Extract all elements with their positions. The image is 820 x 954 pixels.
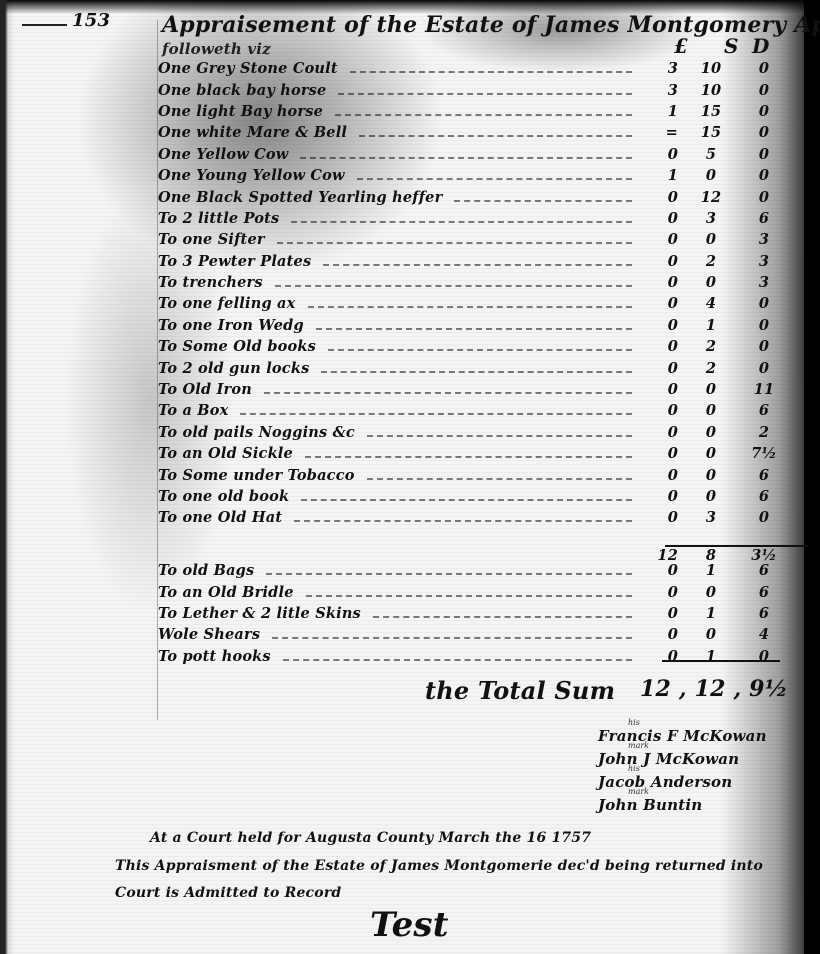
- item-description: To an Old Bridle: [158, 584, 294, 601]
- item-pence: 4: [744, 626, 784, 643]
- item-row: One white Mare & Bell=150: [158, 122, 798, 143]
- item-shillings: 0: [689, 274, 733, 291]
- pence-header: D: [752, 34, 770, 58]
- item-row: One Young Yellow Cow100: [158, 165, 798, 186]
- item-pounds: 0: [644, 295, 678, 312]
- item-amount: 004: [644, 626, 798, 643]
- item-shillings: 2: [689, 338, 733, 355]
- dotted-leader: [301, 498, 632, 501]
- document-subtitle: followeth viz: [162, 40, 271, 58]
- item-amount: 016: [644, 562, 798, 579]
- item-shillings: 0: [689, 584, 733, 601]
- item-shillings: 0: [689, 445, 733, 462]
- item-amount: 023: [644, 253, 798, 270]
- item-pounds: 0: [644, 360, 678, 377]
- item-row: One Yellow Cow050: [158, 144, 798, 165]
- item-description: To one Iron Wedg: [158, 317, 304, 334]
- attest-signature: Test: [370, 905, 449, 945]
- scan-left-edge: [0, 0, 14, 954]
- item-pence: 0: [744, 124, 784, 141]
- item-description: One Grey Stone Coult: [158, 60, 338, 77]
- item-row: To one felling ax040: [158, 293, 798, 314]
- item-amount: 3100: [644, 60, 798, 77]
- dotted-leader: [328, 348, 632, 351]
- item-pence: 7½: [744, 445, 784, 462]
- item-shillings: 1: [689, 562, 733, 579]
- court-record-line-2: This Appraisment of the Estate of James …: [115, 858, 763, 874]
- total-value: 12 , 12 , 9½: [640, 676, 788, 702]
- dotted-leader: [266, 572, 632, 575]
- item-amount: =150: [644, 124, 798, 141]
- item-amount: 036: [644, 210, 798, 227]
- item-row: To pott hooks010: [158, 646, 798, 667]
- item-pounds: =: [644, 124, 678, 141]
- item-pence: 0: [744, 295, 784, 312]
- item-row: One black bay horse3100: [158, 79, 798, 100]
- item-pence: 0: [744, 648, 784, 665]
- item-row: To old Bags016: [158, 560, 798, 581]
- item-shillings: 10: [689, 60, 733, 77]
- item-row: One light Bay horse1150: [158, 101, 798, 122]
- item-row: To old pails Noggins &c002: [158, 422, 798, 443]
- folio-number: 153: [72, 10, 110, 31]
- dotted-leader: [367, 434, 632, 437]
- dotted-leader: [283, 658, 632, 661]
- item-pounds: 0: [644, 626, 678, 643]
- dotted-leader: [277, 241, 632, 244]
- item-amount: 3100: [644, 82, 798, 99]
- item-amount: 006: [644, 402, 798, 419]
- item-amount: 030: [644, 509, 798, 526]
- item-description: To one old book: [158, 488, 289, 505]
- item-row: To an Old Bridle006: [158, 581, 798, 602]
- item-description: To one felling ax: [158, 295, 296, 312]
- item-amount: 002: [644, 424, 798, 441]
- dotted-leader: [321, 370, 632, 373]
- court-record-line-1: At a Court held for Augusta County March…: [150, 830, 591, 846]
- item-amount: 016: [644, 605, 798, 622]
- dotted-leader: [264, 391, 632, 394]
- document-title: Appraisement of the Estate of James Mont…: [162, 12, 820, 38]
- item-pence: 0: [744, 189, 784, 206]
- item-amount: 0011: [644, 381, 798, 398]
- item-pence: 0: [744, 103, 784, 120]
- item-pounds: 0: [644, 605, 678, 622]
- item-description: Wole Shears: [158, 626, 260, 643]
- dotted-leader: [240, 412, 632, 415]
- item-shillings: 0: [689, 424, 733, 441]
- item-shillings: 0: [689, 402, 733, 419]
- total-label: the Total Sum: [425, 676, 615, 705]
- item-description: To one Sifter: [158, 231, 265, 248]
- item-pounds: 1: [644, 167, 678, 184]
- final-rule: [662, 660, 780, 662]
- item-pounds: 0: [644, 509, 678, 526]
- item-pence: 6: [744, 488, 784, 505]
- item-amount: 020: [644, 338, 798, 355]
- item-amount: 1150: [644, 103, 798, 120]
- item-pounds: 3: [644, 60, 678, 77]
- item-description: To 3 Pewter Plates: [158, 253, 311, 270]
- appraisal-items-after: To old Bags016To an Old Bridle006To Leth…: [158, 560, 798, 667]
- item-pounds: 0: [644, 562, 678, 579]
- dotted-leader: [367, 477, 632, 480]
- item-row: To Some Old books020: [158, 336, 798, 357]
- item-shillings: 0: [689, 231, 733, 248]
- item-pounds: 1: [644, 103, 678, 120]
- item-description: To Lether & 2 litle Skins: [158, 605, 361, 622]
- item-row: To Some under Tobacco006: [158, 464, 798, 485]
- item-description: To a Box: [158, 402, 228, 419]
- item-row: Wole Shears004: [158, 624, 798, 645]
- item-shillings: 15: [689, 124, 733, 141]
- item-pounds: 0: [644, 338, 678, 355]
- item-row: To one Sifter003: [158, 229, 798, 250]
- item-shillings: 0: [689, 381, 733, 398]
- item-description: One Young Yellow Cow: [158, 167, 345, 184]
- item-shillings: 1: [689, 605, 733, 622]
- item-row: To one old book006: [158, 486, 798, 507]
- item-pounds: 0: [644, 648, 678, 665]
- dotted-leader: [272, 636, 632, 639]
- item-pence: 0: [744, 509, 784, 526]
- item-pence: 6: [744, 467, 784, 484]
- item-description: To old Bags: [158, 562, 254, 579]
- item-description: To pott hooks: [158, 648, 271, 665]
- item-shillings: 15: [689, 103, 733, 120]
- item-shillings: 0: [689, 626, 733, 643]
- item-amount: 003: [644, 274, 798, 291]
- shillings-header: S: [724, 34, 739, 58]
- dotted-leader: [323, 263, 632, 266]
- item-pence: 3: [744, 274, 784, 291]
- item-shillings: 0: [689, 467, 733, 484]
- item-amount: 010: [644, 317, 798, 334]
- item-pounds: 3: [644, 82, 678, 99]
- dotted-leader: [316, 327, 632, 330]
- item-amount: 006: [644, 488, 798, 505]
- item-row: To one Old Hat030: [158, 507, 798, 528]
- item-pounds: 0: [644, 317, 678, 334]
- item-pounds: 0: [644, 424, 678, 441]
- item-pounds: 0: [644, 146, 678, 163]
- item-pence: 0: [744, 146, 784, 163]
- item-description: To trenchers: [158, 274, 263, 291]
- item-shillings: 4: [689, 295, 733, 312]
- item-pounds: 0: [644, 231, 678, 248]
- item-description: To Some under Tobacco: [158, 467, 355, 484]
- item-amount: 0120: [644, 189, 798, 206]
- item-shillings: 1: [689, 317, 733, 334]
- item-pounds: 0: [644, 402, 678, 419]
- item-description: To 2 old gun locks: [158, 360, 309, 377]
- dotted-leader: [294, 519, 632, 522]
- signature: John Buntin: [598, 794, 808, 817]
- appraiser-signatures: his Francis F McKowan mark John J McKowa…: [598, 725, 808, 817]
- item-pounds: 0: [644, 253, 678, 270]
- court-record-line-3: Court is Admitted to Record: [115, 885, 341, 901]
- item-amount: 007½: [644, 445, 798, 462]
- item-description: To 2 little Pots: [158, 210, 279, 227]
- item-shillings: 3: [689, 509, 733, 526]
- item-row: To 2 little Pots036: [158, 208, 798, 229]
- dotted-leader: [291, 220, 632, 223]
- dotted-leader: [357, 177, 632, 180]
- item-description: To old pails Noggins &c: [158, 424, 355, 441]
- item-shillings: 12: [689, 189, 733, 206]
- item-pence: 3: [744, 231, 784, 248]
- item-shillings: 10: [689, 82, 733, 99]
- item-pence: 6: [744, 605, 784, 622]
- item-amount: 003: [644, 231, 798, 248]
- item-pence: 6: [744, 584, 784, 601]
- item-pence: 0: [744, 360, 784, 377]
- item-description: One white Mare & Bell: [158, 124, 347, 141]
- dotted-leader: [306, 594, 632, 597]
- item-amount: 050: [644, 146, 798, 163]
- item-description: To Old Iron: [158, 381, 252, 398]
- item-row: To a Box006: [158, 400, 798, 421]
- item-pence: 6: [744, 210, 784, 227]
- item-amount: 040: [644, 295, 798, 312]
- dotted-leader: [308, 305, 633, 308]
- item-pence: 0: [744, 60, 784, 77]
- item-pence: 0: [744, 82, 784, 99]
- dotted-leader: [373, 615, 632, 618]
- item-pounds: 0: [644, 381, 678, 398]
- item-pounds: 0: [644, 210, 678, 227]
- item-pounds: 0: [644, 445, 678, 462]
- item-pounds: 0: [644, 584, 678, 601]
- item-amount: 006: [644, 467, 798, 484]
- item-shillings: 2: [689, 360, 733, 377]
- item-amount: 010: [644, 648, 798, 665]
- item-row: One Grey Stone Coult3100: [158, 58, 798, 79]
- item-description: One Yellow Cow: [158, 146, 288, 163]
- dotted-leader: [454, 199, 632, 202]
- item-row: To an Old Sickle007½: [158, 443, 798, 464]
- item-shillings: 2: [689, 253, 733, 270]
- dotted-leader: [335, 113, 632, 116]
- item-amount: 100: [644, 167, 798, 184]
- item-amount: 020: [644, 360, 798, 377]
- folio-dash: [22, 24, 67, 26]
- item-pence: 2: [744, 424, 784, 441]
- item-pounds: 0: [644, 274, 678, 291]
- item-description: One light Bay horse: [158, 103, 323, 120]
- item-row: To Lether & 2 litle Skins016: [158, 603, 798, 624]
- document-page: 153 Appraisement of the Estate of James …: [0, 0, 820, 954]
- appraisal-items: One Grey Stone Coult3100One black bay ho…: [158, 58, 798, 529]
- item-description: One black bay horse: [158, 82, 326, 99]
- item-amount: 006: [644, 584, 798, 601]
- item-pounds: 0: [644, 189, 678, 206]
- item-pence: 0: [744, 338, 784, 355]
- item-pounds: 0: [644, 488, 678, 505]
- item-row: To 2 old gun locks020: [158, 357, 798, 378]
- dotted-leader: [338, 92, 632, 95]
- item-pence: 6: [744, 562, 784, 579]
- item-pence: 11: [744, 381, 784, 398]
- item-shillings: 0: [689, 488, 733, 505]
- item-row: To one Iron Wedg010: [158, 315, 798, 336]
- item-pence: 0: [744, 167, 784, 184]
- item-description: To Some Old books: [158, 338, 316, 355]
- item-description: To an Old Sickle: [158, 445, 293, 462]
- item-pounds: 0: [644, 467, 678, 484]
- item-row: To 3 Pewter Plates023: [158, 251, 798, 272]
- item-description: One Black Spotted Yearling heffer: [158, 189, 442, 206]
- item-pence: 3: [744, 253, 784, 270]
- item-pence: 0: [744, 317, 784, 334]
- item-row: To trenchers003: [158, 272, 798, 293]
- item-row: To Old Iron0011: [158, 379, 798, 400]
- dotted-leader: [300, 156, 632, 159]
- pounds-header: £: [674, 34, 688, 58]
- item-shillings: 0: [689, 167, 733, 184]
- item-shillings: 5: [689, 146, 733, 163]
- dotted-leader: [305, 455, 632, 458]
- item-description: To one Old Hat: [158, 509, 282, 526]
- dotted-leader: [275, 284, 632, 287]
- item-shillings: 1: [689, 648, 733, 665]
- dotted-leader: [359, 134, 632, 137]
- item-row: One Black Spotted Yearling heffer0120: [158, 186, 798, 207]
- item-pence: 6: [744, 402, 784, 419]
- dotted-leader: [350, 70, 632, 73]
- item-shillings: 3: [689, 210, 733, 227]
